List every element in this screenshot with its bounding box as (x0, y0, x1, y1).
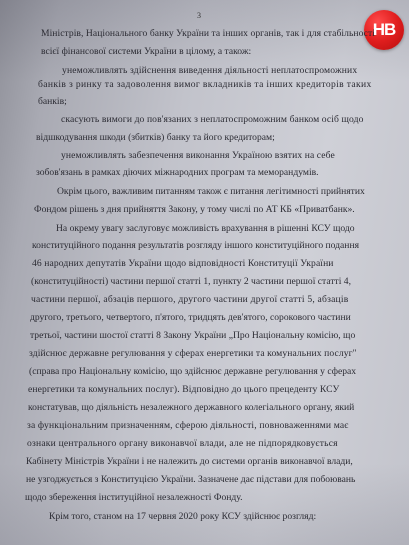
text-line: за функціональним призначенням, сферою д… (27, 420, 349, 432)
text-line: щодо збереження інституційної незалежнос… (25, 492, 242, 504)
text-line: здійснює державне регулювання у сферах е… (29, 348, 357, 360)
text-line: 46 народних депутатів України щодо відпо… (32, 258, 334, 270)
text-line: Окрім цього, важливим питанням також є п… (57, 186, 365, 198)
text-line: унеможливлять забезпечення виконання Укр… (61, 150, 335, 162)
text-line: банків; (38, 96, 67, 108)
text-line: конституційного подання результатів розг… (32, 240, 359, 252)
text-line: не узгоджується з Конституцією України. … (26, 474, 355, 486)
text-line: На окрему увагу заслуговує можливість вр… (56, 223, 355, 235)
text-line: унеможливлять здійснення виведення діяль… (62, 65, 357, 77)
text-line: енергетики та комунальних послуг). Відпо… (28, 384, 339, 396)
text-line: третьої, частини шостої статті 8 Закону … (30, 330, 355, 342)
text-line: скасують вимоги до пов'язаних з неплатос… (61, 114, 364, 126)
text-line: ознаки центрального органу виконавчої вл… (27, 438, 338, 450)
page-number: 3 (197, 11, 201, 20)
text-line: банків з ринку та задоволення вимог вкла… (38, 79, 372, 91)
text-line: Кабінету Міністрів України і не належить… (26, 456, 353, 468)
text-line: другого, третього, четвертого, п'ятого, … (30, 312, 351, 324)
logo-text: НВ (373, 20, 396, 40)
text-line: зобов'язань в рамках діючих міжнародних … (36, 167, 319, 179)
text-line: всієї фінансової системи України в цілом… (41, 46, 251, 58)
text-line: (справа про Національну комісію, що здій… (29, 366, 356, 378)
text-line: відшкодування шкоди (збитків) банку та й… (36, 132, 275, 144)
text-line: констатував, що діяльність незалежного д… (28, 402, 354, 414)
text-line: Фондом рішень з дня прийняття Закону, у … (34, 204, 355, 216)
text-line: (конституційності) частини першої статті… (31, 276, 351, 288)
text-line: частини першої, абзаців першого, другого… (31, 294, 348, 306)
text-line: Міністрів, Національного банку України т… (41, 28, 375, 40)
text-line: Крім того, станом на 17 червня 2020 року… (49, 511, 316, 523)
